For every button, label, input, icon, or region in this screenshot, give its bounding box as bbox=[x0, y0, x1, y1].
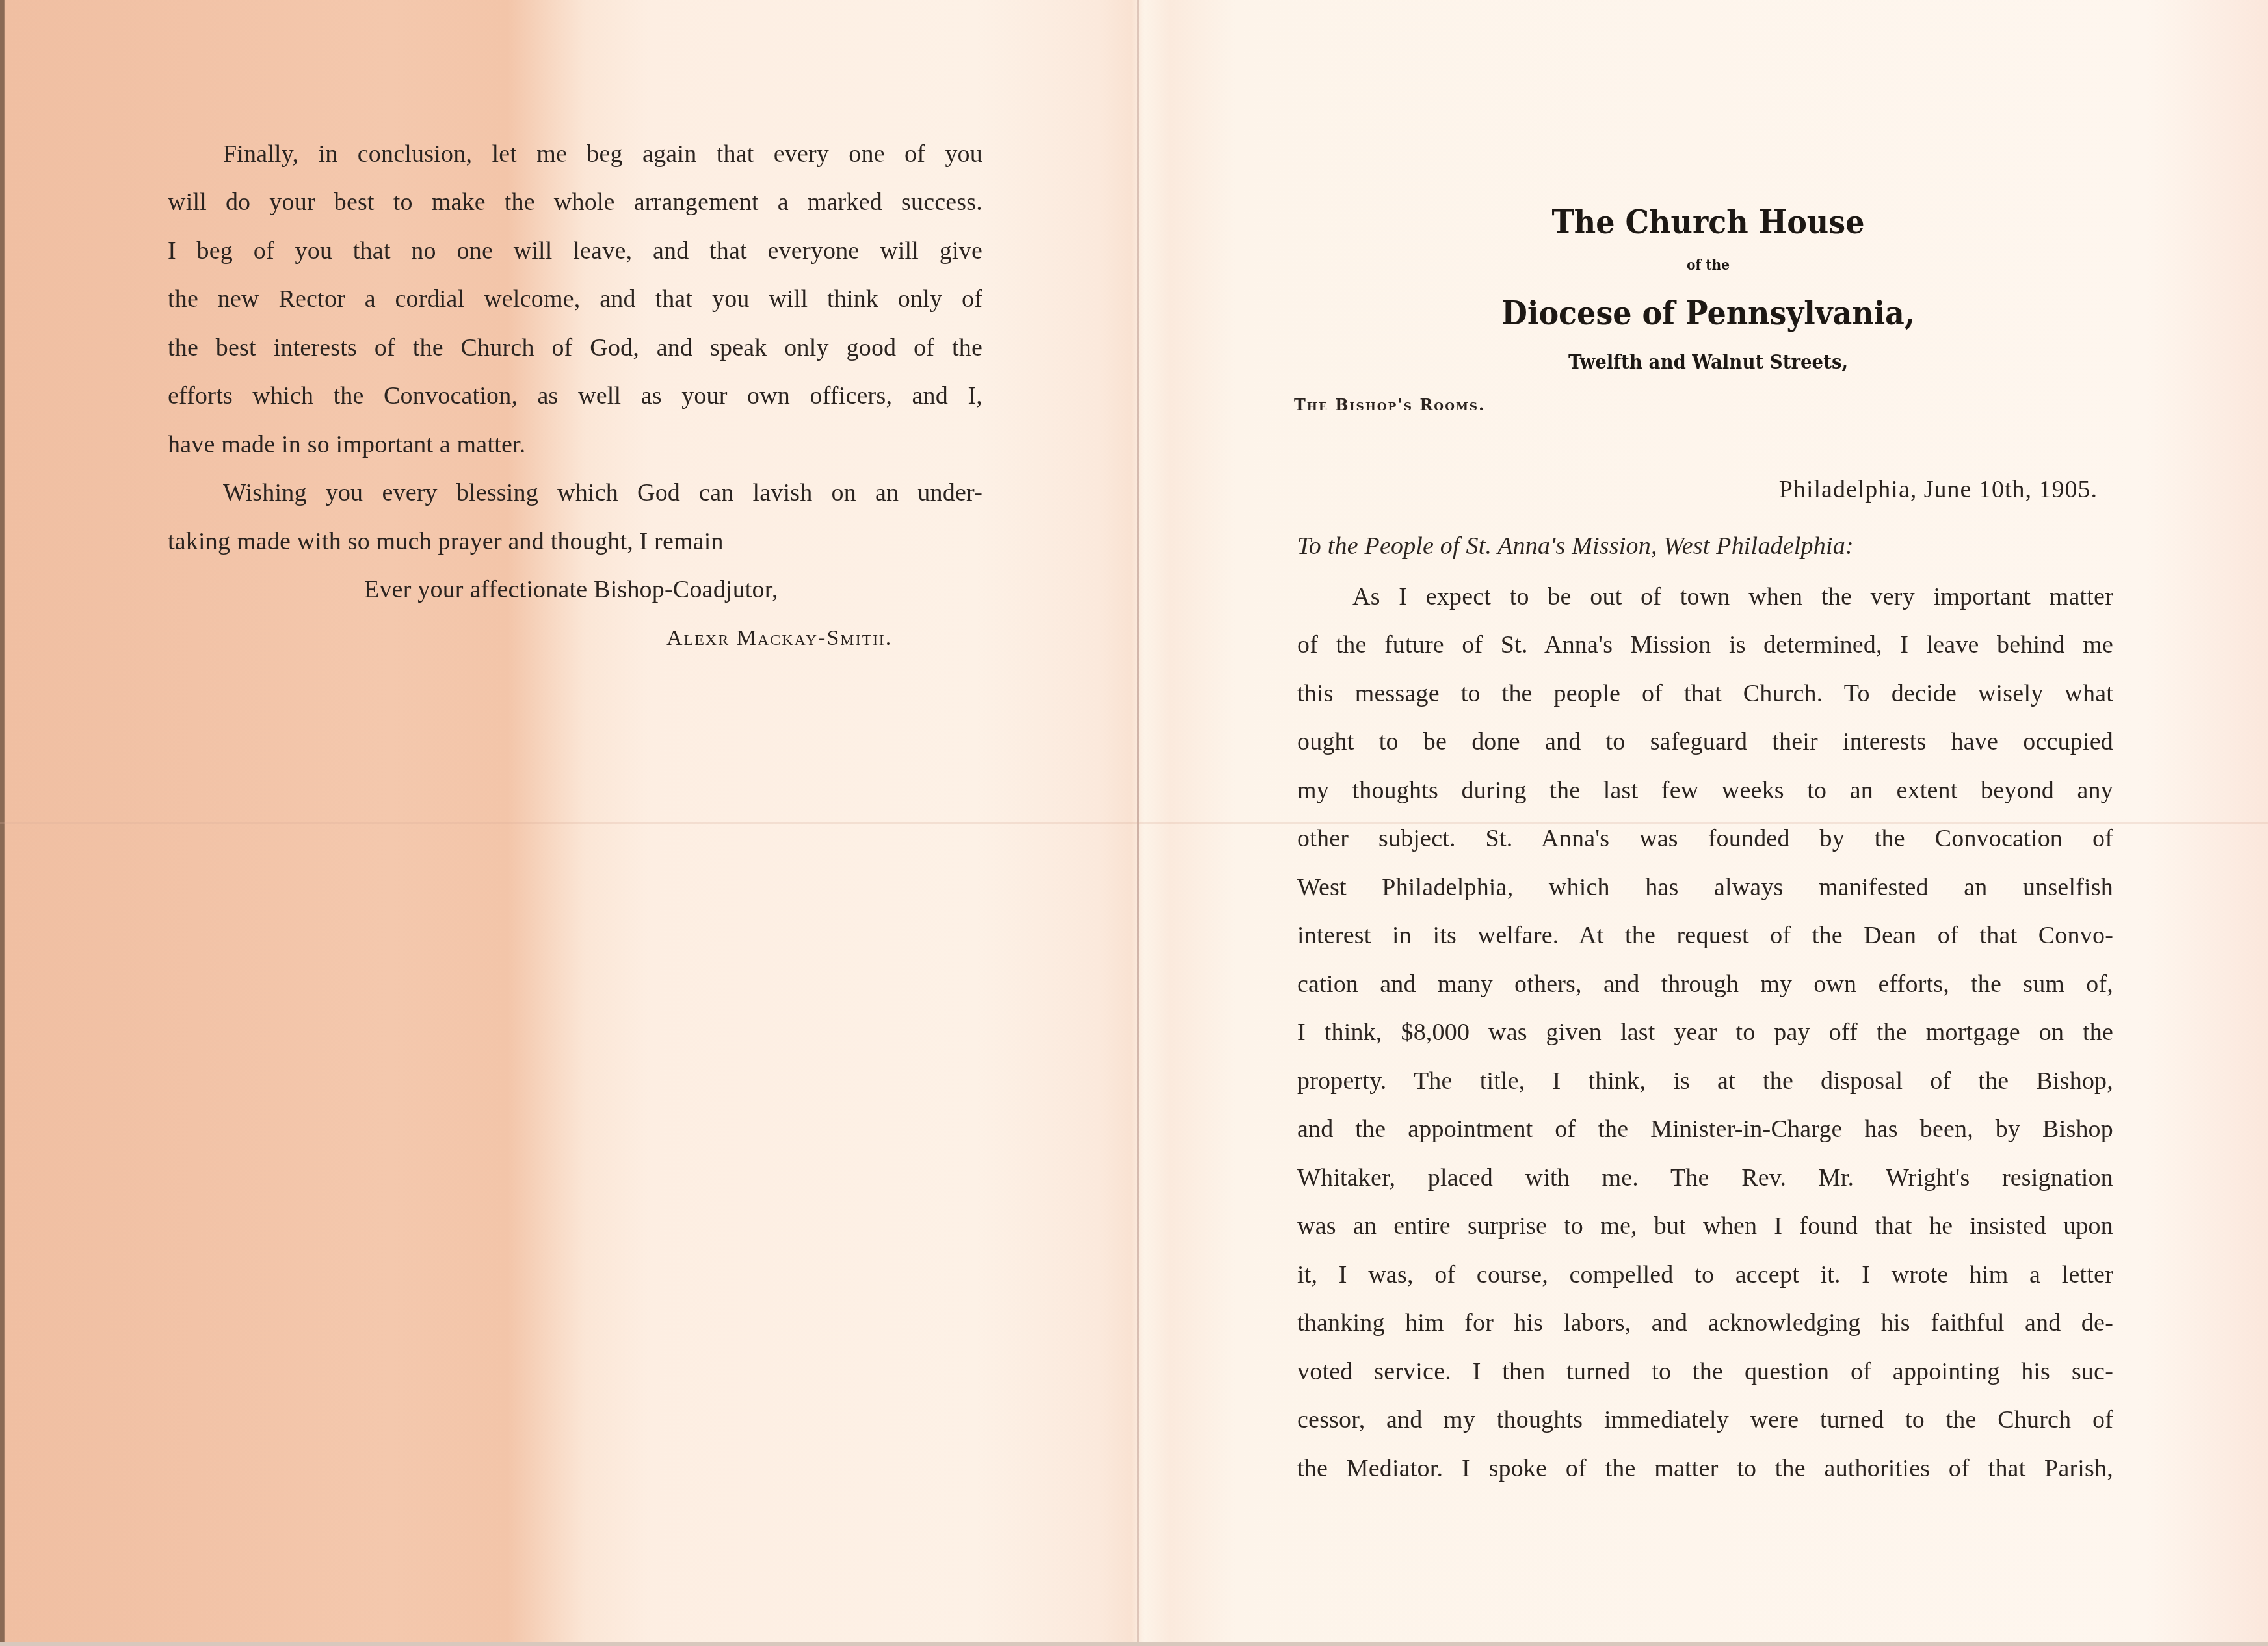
right-line-16: thanking him for his labors, and acknowl… bbox=[1297, 1307, 2113, 1339]
right-line-14: was an entire surprise to me, but when I… bbox=[1297, 1210, 2113, 1242]
left-line-6: efforts which the Convocation, as well a… bbox=[168, 380, 982, 412]
letterhead-diocese: Diocese of Pennsylvania, bbox=[1409, 294, 2007, 332]
right-line-1: As I expect to be out of town when the v… bbox=[1352, 581, 2113, 613]
signature: Alexr Mackay-Smith. bbox=[666, 622, 892, 655]
right-line-11: property. The title, I think, is at the … bbox=[1297, 1065, 2113, 1097]
left-line-7: have made in so important a matter. bbox=[168, 428, 525, 461]
bishops-rooms-label: The Bishop's Rooms. bbox=[1294, 395, 1485, 414]
right-line-7: West Philadelphia, which has always mani… bbox=[1297, 871, 2113, 904]
letterhead-address: Twelfth and Walnut Streets, bbox=[1469, 351, 1947, 374]
right-line-9: cation and many others, and through my o… bbox=[1297, 968, 2113, 1000]
right-line-12: and the appointment of the Minister-in-C… bbox=[1297, 1113, 2113, 1145]
closing: Ever your affectionate Bishop-Coadjutor, bbox=[364, 573, 778, 606]
right-line-10: I think, $8,000 was given last year to p… bbox=[1297, 1016, 2113, 1049]
left-line-2: will do your best to make the whole arra… bbox=[168, 186, 982, 218]
letterhead-title: The Church House bbox=[1469, 203, 1947, 241]
dateline: Philadelphia, June 10th, 1905. bbox=[1779, 473, 2098, 506]
right-line-17: voted service. I then turned to the ques… bbox=[1297, 1355, 2113, 1388]
right-line-8: interest in its welfare. At the request … bbox=[1297, 919, 2113, 952]
left-line-5: the best interests of the Church of God,… bbox=[168, 332, 982, 364]
right-line-5: my thoughts during the last few weeks to… bbox=[1297, 774, 2113, 807]
right-line-18: cessor, and my thoughts immediately were… bbox=[1297, 1404, 2113, 1436]
right-line-15: it, I was, of course, compelled to accep… bbox=[1297, 1259, 2113, 1291]
right-line-6: other subject. St. Anna's was founded by… bbox=[1297, 822, 2113, 855]
right-line-3: this message to the people of that Churc… bbox=[1297, 677, 2113, 710]
left-line-4: the new Rector a cordial welcome, and th… bbox=[168, 283, 982, 315]
paper-bottom-edge bbox=[0, 1642, 2268, 1646]
letterhead-of-the: of the bbox=[1589, 257, 1828, 274]
salutation: To the People of St. Anna's Mission, Wes… bbox=[1297, 530, 1854, 562]
left-line-9: taking made with so much prayer and thou… bbox=[168, 525, 724, 558]
left-line-8: Wishing you every blessing which God can… bbox=[223, 477, 982, 509]
right-line-2: of the future of St. Anna's Mission is d… bbox=[1297, 629, 2113, 661]
left-line-3: I beg of you that no one will leave, and… bbox=[168, 235, 982, 267]
right-line-13: Whitaker, placed with me. The Rev. Mr. W… bbox=[1297, 1162, 2113, 1194]
right-line-4: ought to be done and to safeguard their … bbox=[1297, 725, 2113, 758]
right-line-19: the Mediator. I spoke of the matter to t… bbox=[1297, 1452, 2113, 1485]
left-line-1: Finally, in conclusion, let me beg again… bbox=[223, 138, 982, 170]
